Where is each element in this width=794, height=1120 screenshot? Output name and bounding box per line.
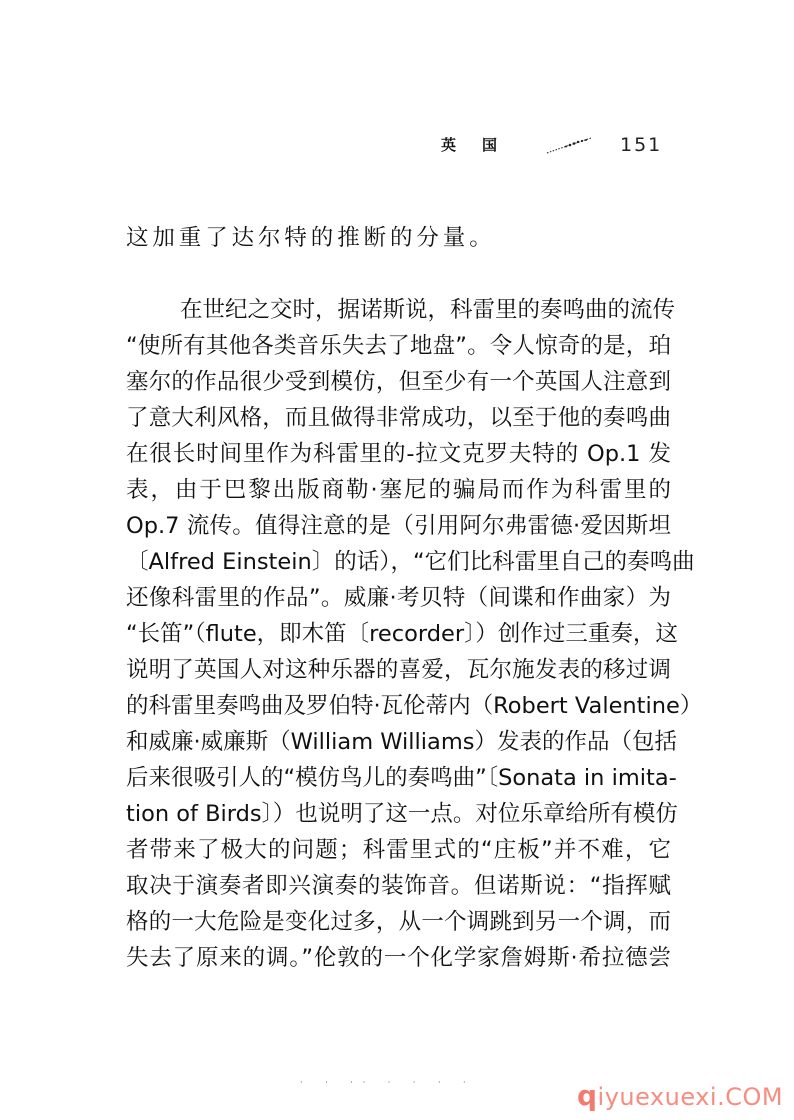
page-number: 151 [620, 134, 662, 156]
text-line: “长笛”（flute，即木笛〔recorder〕）创作过三重奏，这 [126, 620, 671, 648]
running-header: 英国 151 [0, 132, 794, 162]
text-line: 塞尔的作品很少受到模仿，但至少有一个英国人注意到 [126, 368, 671, 396]
text-line: tion of Birds〕）也说明了这一点。对位乐章给所有模仿 [126, 800, 671, 828]
text-line: 〔Alfred Einstein〕的话），“它们比科雷里自己的奏鸣曲 [126, 548, 671, 576]
text-line: Op.7 流传。值得注意的是（引用阿尔弗雷德·爱因斯坦 [126, 512, 671, 540]
text-line: 在很长时间里作为科雷里的-拉文克罗夫特的 Op.1 发 [126, 440, 671, 468]
text-line: 取决于演奏者即兴演奏的装饰音。但诺斯说：“指挥赋 [126, 872, 671, 900]
scan-noise: · · ·· · · · · [300, 1078, 476, 1087]
watermark-initial: q [577, 1079, 598, 1112]
watermark-text: iyuexuexi.COM [598, 1083, 784, 1111]
site-watermark: qiyuexuexi.COM [577, 1079, 783, 1112]
text-line: 这加重了达尔特的推断的分量。 [126, 224, 496, 252]
text-line: 说明了英国人对这种乐器的喜爱，瓦尔施发表的移过调 [126, 656, 671, 684]
text-line: 了意大利风格，而且做得非常成功，以至于他的奏鸣曲 [126, 404, 671, 432]
text-line: 还像科雷里的作品”。威廉·考贝特（间谍和作曲家）为 [126, 584, 671, 612]
text-line: 和威廉·威廉斯（William Williams）发表的作品（包括 [126, 728, 671, 756]
text-line: “使所有其他各类音乐失去了地盘”。令人惊奇的是，珀 [126, 332, 671, 360]
paragraph-start-line: 在世纪之交时，据诺斯说，科雷里的奏鸣曲的流传 [126, 296, 671, 324]
text-line: 失去了原来的调。”伦敦的一个化学家詹姆斯·希拉德尝 [126, 944, 671, 972]
chapter-title: 英国 [441, 134, 523, 155]
text-line: 者带来了极大的问题；科雷里式的“庄板”并不难，它 [126, 836, 671, 864]
text-line: 后来很吸引人的“模仿鸟儿的奏鸣曲”〔Sonata in imita- [126, 764, 671, 792]
text-line: 格的一大危险是变化过多，从一个调跳到另一个调，而 [126, 908, 671, 936]
text-line: 表，由于巴黎出版商勒·塞尼的骗局而作为科雷里的 [126, 476, 671, 504]
flourish-ornament-icon [546, 136, 592, 154]
text-line: 的科雷里奏鸣曲及罗伯特·瓦伦蒂内（Robert Valentine） [126, 692, 671, 720]
